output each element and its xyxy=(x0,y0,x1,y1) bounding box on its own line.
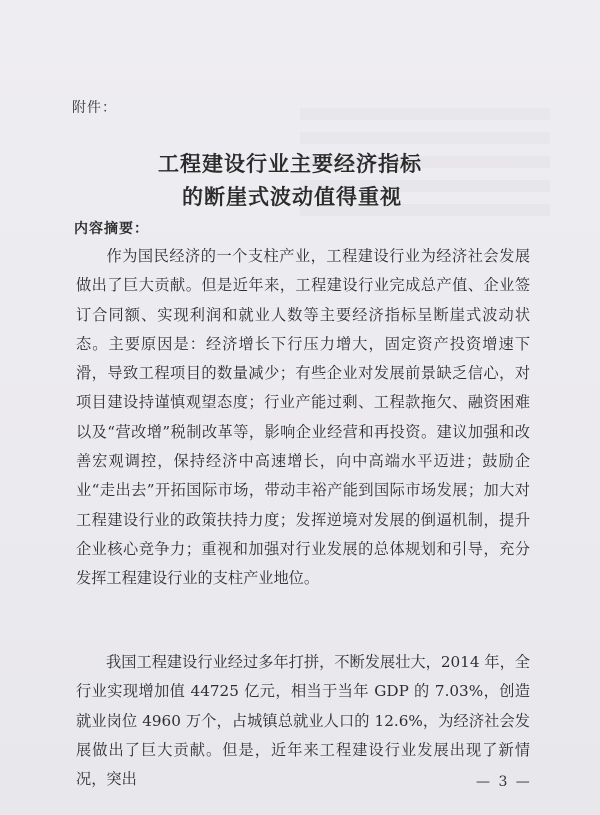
attachment-label: 附件： xyxy=(72,97,117,117)
abstract-text: 作为国民经济的一个支柱产业，工程建设行业为经济社会发展做出了巨大贡献。但是近年来… xyxy=(76,247,530,587)
document-title-line-2: 的断崖式波动值得重视 xyxy=(0,181,592,211)
abstract-heading: 内容摘要： xyxy=(74,218,149,238)
document-title-line-1: 工程建设行业主要经济指标 xyxy=(0,148,590,178)
body-paragraph: 我国工程建设行业经过多年打拼，不断发展壮大，2014 年，全行业实现增加值 44… xyxy=(76,648,530,794)
page-number: — 3 — xyxy=(476,774,532,790)
document-page: 附件： 工程建设行业主要经济指标 的断崖式波动值得重视 内容摘要： 作为国民经济… xyxy=(0,0,600,815)
body-text: 我国工程建设行业经过多年打拼，不断发展壮大，2014 年，全行业实现增加值 44… xyxy=(76,653,530,788)
abstract-paragraph: 作为国民经济的一个支柱产业，工程建设行业为经济社会发展做出了巨大贡献。但是近年来… xyxy=(76,242,530,594)
